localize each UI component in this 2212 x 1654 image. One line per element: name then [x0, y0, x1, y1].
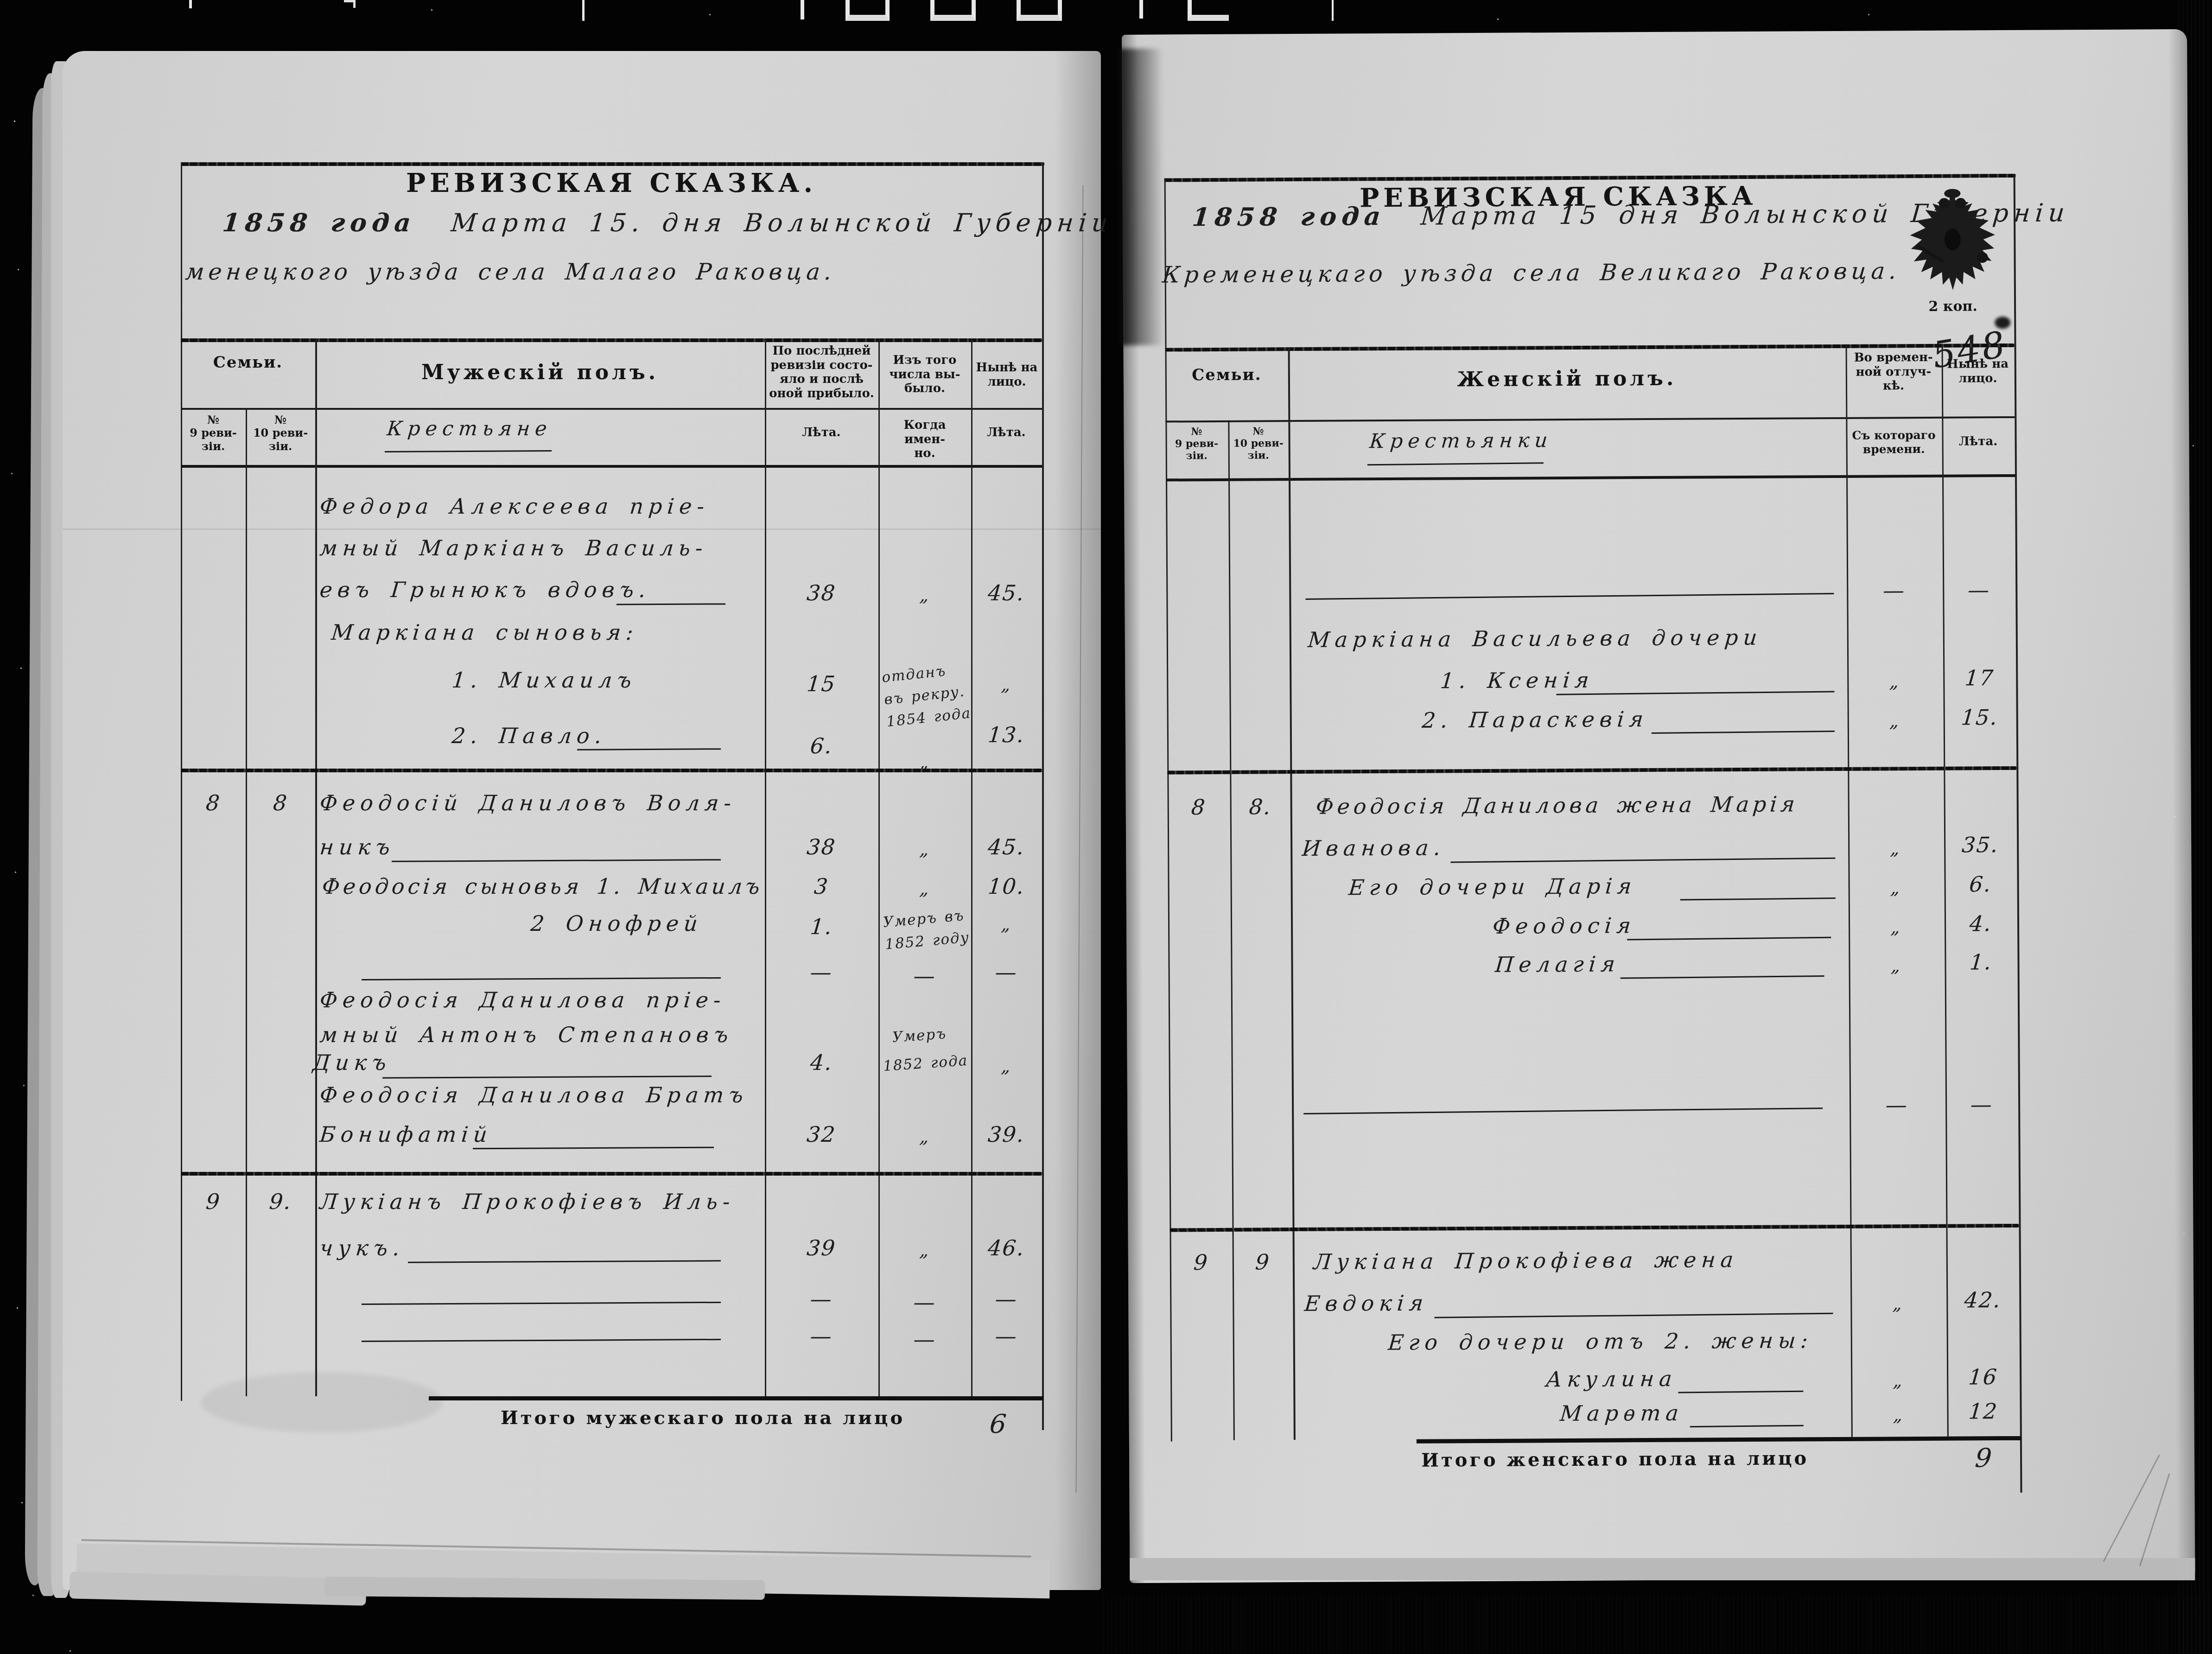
- right-page: РЕВИЗСКАЯ СКАЗКА 1858 года Марта 15 дня …: [1122, 29, 2195, 1583]
- ruled-dash: [362, 1302, 721, 1305]
- age-now: 46.: [966, 1235, 1047, 1260]
- age-now: 17: [1939, 665, 2020, 691]
- col-rev9: № 9 реви- зіи.: [182, 413, 244, 453]
- film-scratch-strip: [1103, 1595, 2212, 1654]
- col-gender: Мужескій полъ.: [315, 361, 765, 385]
- ruled-dash: [1680, 897, 1836, 901]
- ruled-dash: [1627, 937, 1831, 941]
- col-years1: Лѣта.: [782, 426, 861, 440]
- footer-total-value: 9: [1974, 1443, 1998, 1473]
- film-counter-digit-fragment: [1332, 0, 1334, 21]
- col-present: Нынѣ на лицо.: [1943, 357, 2013, 386]
- ditto-mark: „: [1855, 671, 1935, 692]
- age-now: 4.: [1940, 911, 2021, 936]
- family-no-10th: 8: [240, 790, 321, 815]
- person-name: Лукіанъ Прокофіевъ Иль-: [319, 1189, 736, 1214]
- person-name: 2. Павло.: [451, 723, 608, 748]
- age-previous: 3: [781, 874, 862, 899]
- person-name: Феодосія Данилова Братъ: [319, 1082, 750, 1107]
- corner-crease: [2103, 1455, 2160, 1562]
- person-name: Маркіана Васильева дочери: [1307, 625, 1763, 652]
- family-divider: [181, 769, 1042, 772]
- corner-crease: [2139, 1473, 2170, 1566]
- ditto-mark: „: [1858, 1293, 1939, 1314]
- column-rule-rev: [246, 408, 247, 1396]
- ruled-dash: [473, 1147, 714, 1150]
- ruled-dash: [1678, 1391, 1803, 1393]
- ditto-mark: „: [884, 1126, 965, 1147]
- dash-value: —: [781, 1323, 862, 1349]
- person-name: Акулина: [1545, 1366, 1678, 1392]
- table-bottom-rule: [1417, 1436, 2021, 1444]
- col-years2: Лѣта.: [967, 426, 1045, 440]
- film-counter-digit-fragment: [801, 0, 804, 19]
- ruled-dash: [1305, 593, 1834, 600]
- left-page: РЕВИЗСКАЯ СКАЗКА. 1858 года Марта 15. дн…: [63, 51, 1101, 1590]
- imperial-double-eagle-icon: [1906, 188, 1999, 295]
- dash-value: —: [781, 960, 862, 985]
- class-label: Крестьяне: [386, 417, 553, 440]
- torn-bottom-strip: [1130, 1558, 2195, 1580]
- person-name: 2 Онофрей: [530, 911, 704, 936]
- header-mid-rule: [181, 408, 1042, 410]
- film-counter-digit-fragment: [189, 0, 192, 8]
- date-rest: Марта 15. дня Волынской Губерніи Кре-: [450, 208, 1211, 237]
- dash-value: —: [781, 1286, 862, 1311]
- film-counter-digit-fragment: [1139, 0, 1143, 19]
- age-now: 45.: [966, 580, 1047, 605]
- col-absence: Во времен- ной отлуч- кѣ.: [1848, 350, 1939, 394]
- ruled-dash: [1434, 1313, 1833, 1318]
- age-previous: 6.: [781, 733, 862, 758]
- dash-value: —: [966, 1323, 1047, 1349]
- film-counter-digit-fragment: [930, 0, 976, 21]
- family-no-10th: 8.: [1220, 794, 1301, 820]
- ruled-dash: [1556, 691, 1834, 695]
- film-scratch-strip: [2179, 0, 2212, 1654]
- age-now: 13.: [966, 722, 1047, 747]
- col-rev10: № 10 реви- зіи.: [1229, 426, 1287, 462]
- header-mid-rule: [1165, 416, 2015, 423]
- ruled-dash: [392, 859, 721, 862]
- col-since: Съ котораго времени.: [1848, 428, 1939, 456]
- column-rule-age1: [765, 338, 766, 1396]
- torn-bottom-edge: [324, 1577, 765, 1600]
- ruled-dash: [1303, 1107, 1823, 1114]
- col-years: Лѣта.: [1944, 434, 2013, 449]
- ruled-dash: [1621, 975, 1824, 979]
- person-name: чукъ.: [319, 1235, 406, 1260]
- ditto-mark: „: [1858, 1405, 1939, 1425]
- ruled-dash: [1652, 731, 1835, 734]
- age-now: 6.: [1940, 872, 2021, 897]
- dash-value: —: [1854, 578, 1934, 603]
- microfilm-scan-view: { "film_strip": { "counter_fragments": […: [0, 0, 2212, 1654]
- date-year: 1858 года: [1191, 201, 1386, 232]
- col-rev9: № 9 реви- зіи.: [1166, 426, 1227, 463]
- ditto-mark: „: [1855, 711, 1935, 732]
- age-now: 35.: [1940, 832, 2021, 858]
- ditto-mark: „: [884, 839, 965, 859]
- person-name: 2. Параскевія: [1421, 706, 1650, 733]
- death-note: 1852 года: [883, 1050, 969, 1078]
- header-bottom-rule: [1166, 474, 2015, 482]
- age-now: 12: [1943, 1399, 2023, 1424]
- class-underline: [385, 450, 552, 452]
- death-note: Умеръ въ 1852 году: [882, 904, 970, 956]
- age-previous: 32: [781, 1122, 862, 1147]
- col-family: Семьи.: [181, 353, 315, 372]
- ditto-mark: „: [1856, 878, 1936, 898]
- ruled-dash: [382, 1075, 712, 1079]
- person-name: Феодосія сыновья 1. Михаилъ: [321, 874, 764, 899]
- ruled-dash: [577, 748, 721, 751]
- person-name: Пелагія: [1494, 951, 1621, 977]
- film-counter-digit-fragment: [1017, 0, 1062, 21]
- ruled-dash: [362, 1339, 721, 1342]
- film-counter-digit-fragment: [845, 0, 890, 21]
- place-line: Кременецкаго уѣзда села Великаго Раковца…: [1161, 258, 1901, 288]
- col-gender: Женскій полъ.: [1288, 366, 1846, 393]
- dash-value: —: [966, 960, 1047, 985]
- ditto-mark: „: [884, 1240, 965, 1260]
- age-previous: 39: [781, 1235, 862, 1260]
- age-now: 39.: [966, 1122, 1047, 1147]
- person-name: Дикъ: [312, 1050, 393, 1075]
- person-name: Марѳта: [1559, 1400, 1684, 1426]
- col-present: Нынѣ на лицо.: [973, 361, 1041, 389]
- class-label: Крестьянки: [1369, 429, 1554, 453]
- paper-crease: [63, 528, 1101, 530]
- footer-total-label: Итого мужескаго пола на лицо: [501, 1407, 905, 1429]
- person-name: Феодосій Даниловъ Воля-: [319, 790, 737, 815]
- dash-value: —: [1941, 1092, 2022, 1117]
- age-now: 45.: [966, 834, 1047, 859]
- family-no-10th: 9: [1222, 1249, 1303, 1275]
- form-border-top: [181, 162, 1044, 166]
- film-counter-digit-fragment: [582, 0, 585, 21]
- column-rule-names: [1288, 347, 1296, 1440]
- age-now: 16: [1943, 1364, 2023, 1390]
- person-name: Его дочери Дарія: [1348, 873, 1637, 900]
- bleed-through-smudge: [202, 1372, 443, 1432]
- person-name: 1. Ксенія: [1439, 668, 1595, 693]
- col-rev10: № 10 реви- зіи.: [247, 413, 314, 453]
- person-name: Феодосія Данилова жена Марія: [1315, 791, 1799, 819]
- page-title: РЕВИЗСКАЯ СКАЗКА.: [181, 168, 1042, 198]
- ditto-mark: „: [966, 674, 1047, 695]
- family-divider: [1170, 1224, 2019, 1232]
- page-curl-shadow: [1055, 51, 1101, 1590]
- age-previous: 4.: [781, 1050, 862, 1075]
- age-now: 10.: [966, 874, 1047, 899]
- column-rule-when: [878, 338, 880, 1396]
- family-divider: [181, 1172, 1042, 1176]
- column-rule-rev: [1228, 420, 1235, 1440]
- date-year: 1858 года: [221, 208, 417, 237]
- age-previous: 1.: [781, 914, 862, 939]
- age-now: 15.: [1939, 705, 2020, 730]
- ruled-dash: [617, 603, 725, 605]
- footer-total-label: Итого женскаго пола на лицо: [1421, 1447, 1809, 1471]
- form-border-left: [181, 162, 182, 1401]
- ditto-mark: „: [966, 1056, 1047, 1076]
- dash-value: —: [884, 1327, 966, 1352]
- dash-value: —: [966, 1286, 1047, 1311]
- col-family: Семьи.: [1165, 365, 1288, 384]
- person-name: евъ Грынюкъ вдовъ.: [319, 577, 652, 602]
- header-bottom-rule: [181, 465, 1042, 468]
- dash-value: —: [1939, 577, 2019, 603]
- ditto-mark: „: [966, 914, 1047, 935]
- ruled-dash: [1450, 858, 1835, 863]
- ditto-mark: „: [1858, 1370, 1939, 1391]
- stamp-denomination: 2 коп.: [1911, 298, 1995, 315]
- person-name: Евдокія: [1303, 1291, 1429, 1316]
- family-divider: [1167, 766, 2016, 775]
- age-previous: 38: [781, 834, 862, 859]
- column-rule-absent: [1846, 344, 1853, 1437]
- film-counter-digit-fragment: [344, 0, 356, 8]
- death-note: Умеръ: [891, 1023, 947, 1049]
- ruled-dash: [1690, 1425, 1804, 1428]
- person-name: Лукіана Прокофіева жена: [1313, 1247, 1740, 1274]
- family-no-10th: 9.: [240, 1189, 321, 1214]
- age-now: 42.: [1942, 1287, 2023, 1313]
- person-name: Феодосія: [1492, 913, 1637, 939]
- person-name: Маркіана сыновья:: [331, 620, 640, 645]
- date-line: 1858 года Марта 15. дня Волынской Губерн…: [221, 208, 1211, 237]
- person-name: Бонифатій: [319, 1122, 494, 1147]
- person-name: Федора Алексеева пріе-: [319, 494, 711, 519]
- ruled-dash: [408, 1260, 721, 1263]
- col-departed: Изъ того числа вы- было.: [880, 353, 969, 396]
- table-bottom-rule: [429, 1396, 1043, 1400]
- ditto-mark: „: [884, 878, 965, 899]
- person-name: никъ: [319, 834, 396, 859]
- col-revision: По послѣдней ревизіи состо- яло и послѣ …: [767, 344, 876, 401]
- ditto-mark: „: [1856, 917, 1936, 938]
- person-name: Феодосія Данилова пріе-: [319, 987, 727, 1012]
- age-now: 1.: [1940, 949, 2021, 975]
- footer-total-value: 6: [988, 1409, 1012, 1439]
- ruled-dash: [362, 977, 721, 980]
- dash-value: —: [884, 1290, 966, 1315]
- person-name: Иванова.: [1301, 835, 1447, 861]
- film-dust-specks: [14, 121, 15, 122]
- ditto-mark: „: [884, 585, 965, 605]
- person-name: Его дочери отъ 2. жены:: [1387, 1328, 1814, 1355]
- class-underline: [1367, 462, 1544, 465]
- dash-value: —: [884, 963, 966, 988]
- place-line: менецкого уѣзда села Малаго Раковца.: [184, 259, 837, 285]
- departure-note: отданъ въ рекру. 1854 года: [881, 658, 972, 733]
- table-top-rule: [181, 338, 1042, 342]
- ditto-mark: „: [1855, 838, 1936, 859]
- dash-value: —: [1856, 1092, 1937, 1118]
- film-counter-digit-fragment: [1188, 0, 1229, 21]
- person-name: мный Антонъ Степановъ: [319, 1022, 734, 1047]
- age-previous: 38: [781, 580, 862, 605]
- person-name: 1. Михаилъ: [451, 668, 638, 693]
- person-name: мный Маркіанъ Василь-: [319, 535, 709, 560]
- column-rule-names: [315, 338, 317, 1396]
- col-when: Когда имен- но.: [881, 418, 968, 461]
- age-previous: 15: [781, 671, 862, 696]
- ditto-mark: „: [1856, 955, 1937, 976]
